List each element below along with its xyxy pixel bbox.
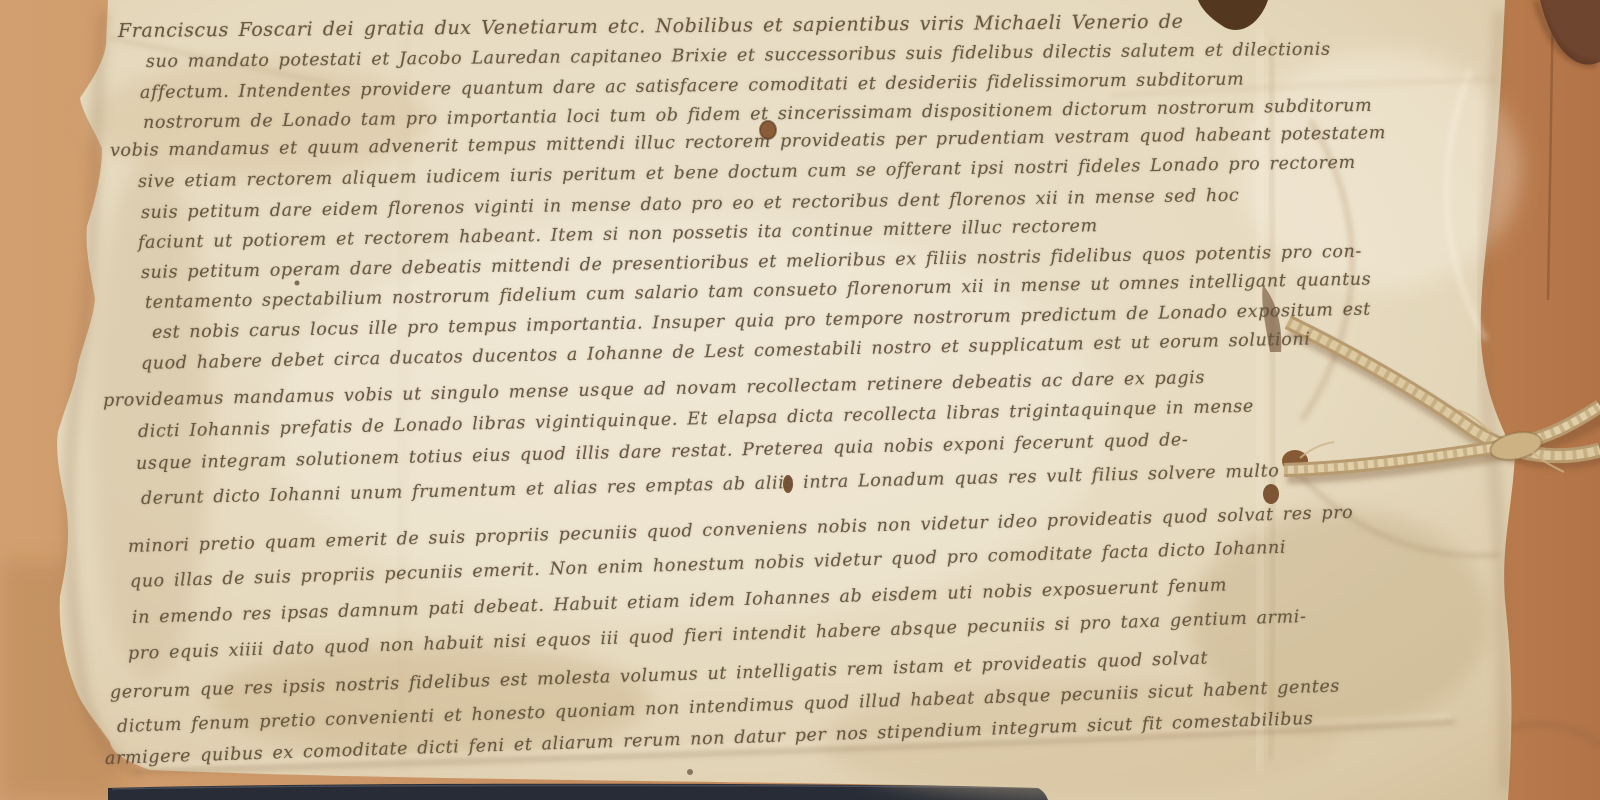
text-line-14: dicti Iohannis prefatis de Lonado libras…: [138, 397, 1254, 442]
text-line-18: quo illas de suis propriis pecuniis emer…: [130, 538, 1287, 592]
manuscript-text: Franciscus Foscari dei gratia dux Veneti…: [0, 0, 1600, 800]
text-line-2: suo mandato potestati et Jacobo Lauredan…: [146, 40, 1331, 72]
text-line-20: pro equis xiiii dato quod non habuit nis…: [128, 607, 1307, 664]
text-line-1: Franciscus Foscari dei gratia dux Veneti…: [118, 11, 1184, 42]
text-line-11: est nobis carus locus ille pro tempus im…: [152, 300, 1371, 343]
manuscript-photo: Franciscus Foscari dei gratia dux Veneti…: [0, 0, 1600, 800]
text-line-7: suis petitum dare eidem florenos viginti…: [141, 186, 1240, 223]
text-line-4: nostrorum de Lonado tam pro importantia …: [143, 96, 1373, 133]
text-line-17: minori pretio quam emerit de suis propri…: [128, 503, 1354, 557]
text-line-12: quod habere debet circa ducatos ducentos…: [141, 330, 1311, 374]
text-line-10: tentamento spectabilium nostrorum fideli…: [145, 269, 1372, 313]
text-line-3: affectum. Intendentes providere quantum …: [140, 70, 1245, 103]
text-line-6: sive etiam rectorem aliquem iudicem iuri…: [138, 153, 1356, 192]
text-line-19: in emendo res ipsas damnum pati debeat. …: [132, 576, 1228, 628]
text-line-21: gerorum que res ipsis nostris fidelibus …: [110, 648, 1209, 703]
text-line-16: derunt dicto Iohanni unum frumentum et a…: [141, 461, 1280, 509]
text-line-13: provideamus mandamus vobis ut singulo me…: [103, 368, 1205, 411]
text-line-23: armigere quibus ex comoditate dicti feni…: [105, 709, 1314, 769]
text-line-8: faciunt ut potiorem et rectorem habeant.…: [138, 216, 1098, 253]
text-line-9: suis petitum operam dare debeatis mitten…: [141, 242, 1362, 283]
text-line-15: usque integram solutionem totius eius qu…: [136, 430, 1189, 474]
text-line-22: dictum fenum pretio convenienti et hones…: [117, 676, 1341, 737]
text-line-5: vobis mandamus et quum advenerit tempus …: [110, 123, 1386, 161]
